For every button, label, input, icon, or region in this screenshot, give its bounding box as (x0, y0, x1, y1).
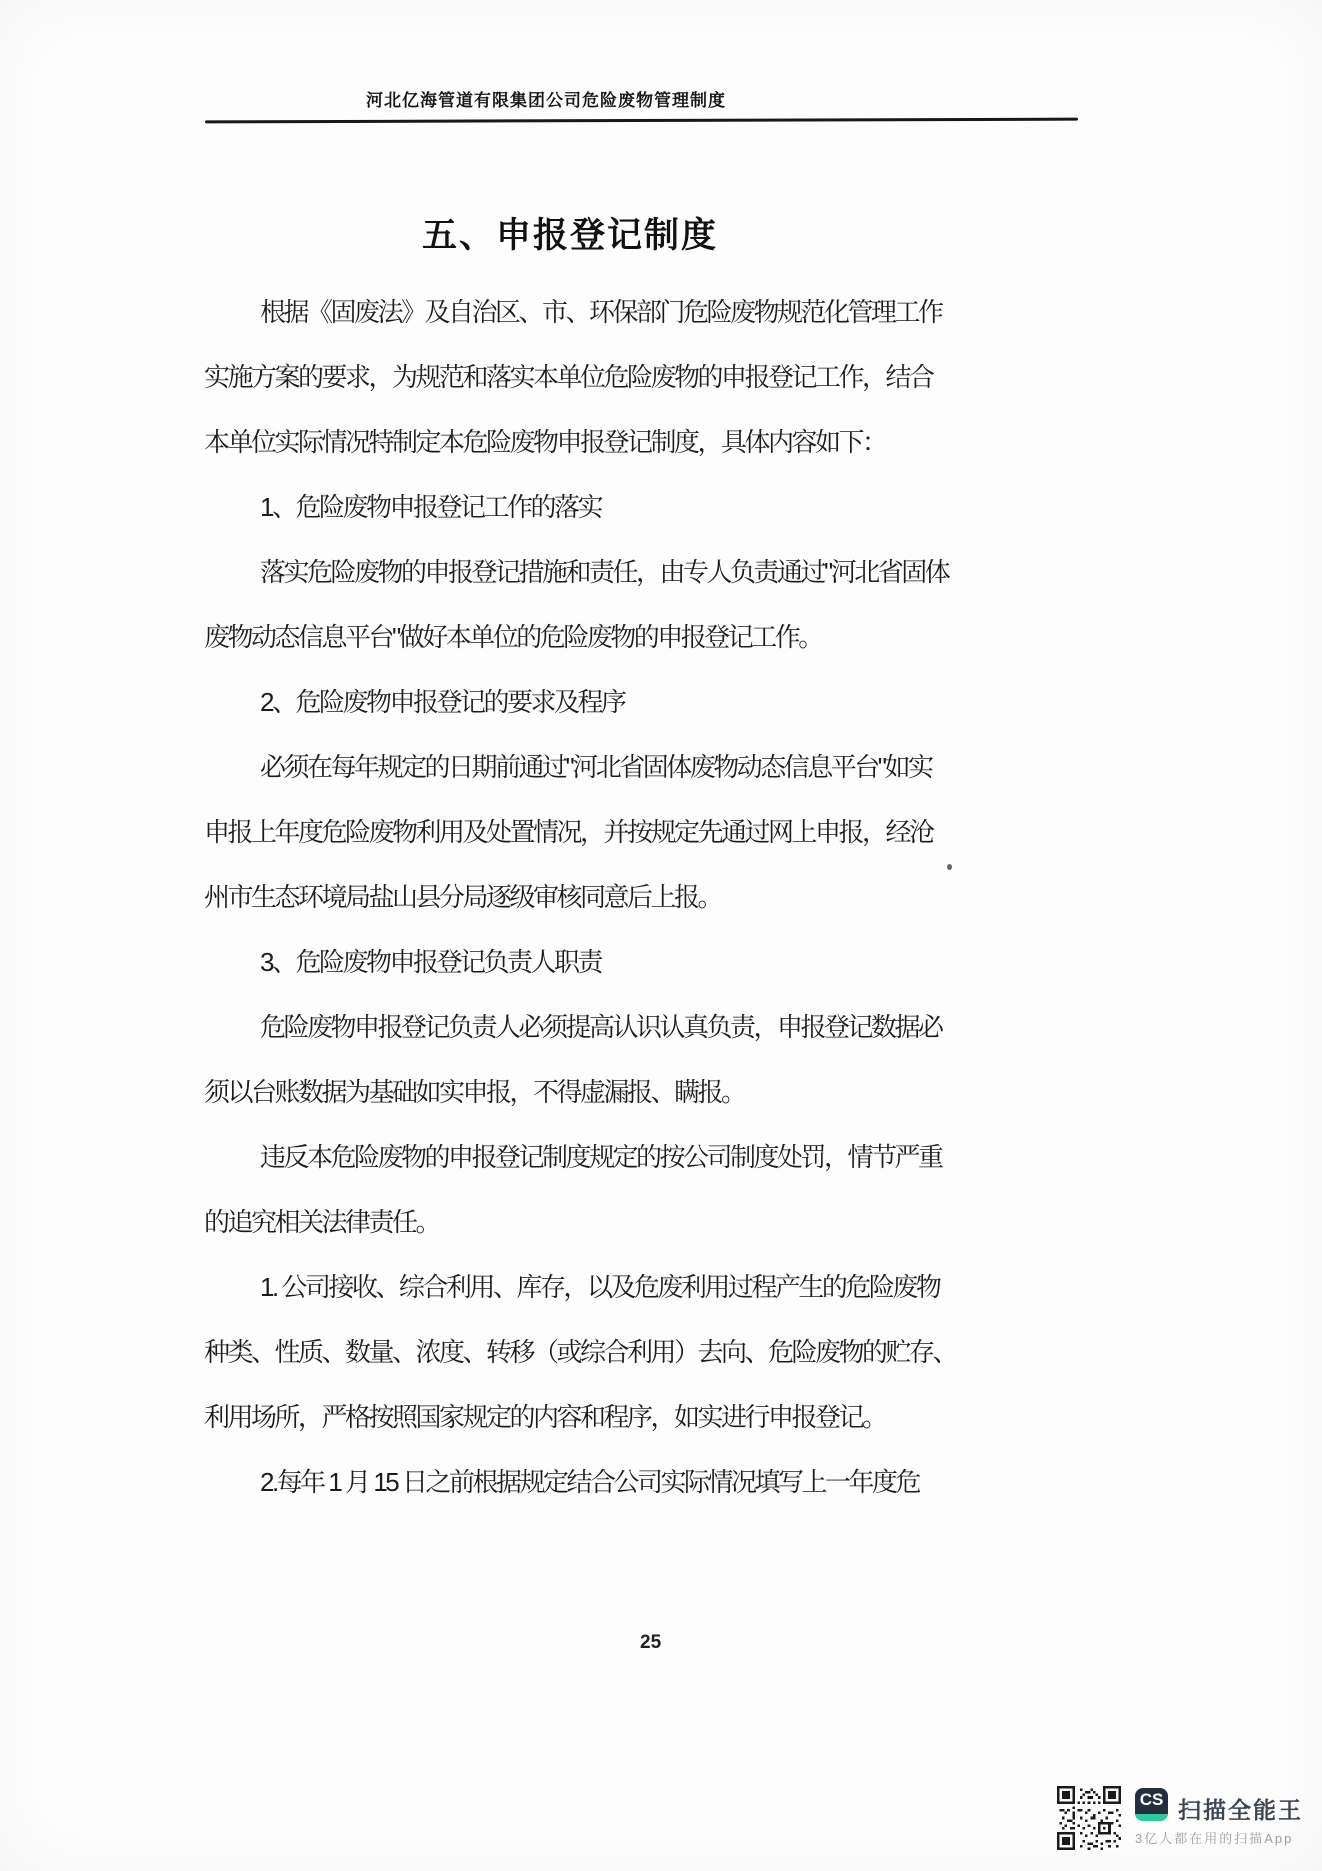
page-number: 25 (640, 1632, 661, 1654)
camscanner-tagline: 3亿人都在用的扫描App (1135, 1828, 1293, 1847)
document-page: 河北亿海管道有限集团公司危险废物管理制度 五、申报登记制度 根据《固废法》及自治… (0, 0, 1322, 1871)
header-rule (205, 118, 1078, 124)
body-line: 违反本危险废物的申报登记制度规定的按公司制度处罚，情节严重 (204, 1125, 949, 1190)
body-line: 的追究相关法律责任。 (204, 1190, 949, 1255)
scan-speck (947, 864, 952, 870)
body-line: 申报上年度危险废物利用及处置情况，并按规定先通过网上申报，经沧 (204, 800, 949, 865)
header-title: 河北亿海管道有限集团公司危险废物管理制度 (366, 86, 726, 111)
body-line: 2、危险废物申报登记的要求及程序 (204, 670, 949, 735)
body-line: 1. 公司接收、综合利用、库存，以及危废利用过程产生的危险废物 (204, 1255, 949, 1320)
document-body: 根据《固废法》及自治区、市、环保部门危险废物规范化管理工作 实施方案的要求，为规… (204, 280, 949, 1515)
body-line: 危险废物申报登记负责人必须提高认识认真负责，申报登记数据必 (204, 995, 949, 1060)
qr-code-icon (1057, 1786, 1121, 1850)
body-line: 2.每年 1 月 15 日之前根据规定结合公司实际情况填写上一年度危 (204, 1450, 949, 1515)
body-line: 废物动态信息平台"做好本单位的危险废物的申报登记工作。 (204, 605, 949, 670)
body-line: 落实危险废物的申报登记措施和责任，由专人负责通过"河北省固体 (204, 540, 949, 605)
body-line: 3、危险废物申报登记负责人职责 (204, 930, 949, 995)
camscanner-app-name: 扫描全能王 (1178, 1792, 1303, 1825)
camscanner-logo-icon: CS (1135, 1788, 1168, 1821)
body-line: 必须在每年规定的日期前通过"河北省固体废物动态信息平台"如实 (204, 735, 949, 800)
body-line: 实施方案的要求，为规范和落实本单位危险废物的申报登记工作，结合 (204, 345, 949, 410)
logo-accent-bar (1135, 1814, 1168, 1821)
body-line: 州市生态环境局盐山县分局逐级审核同意后上报。 (204, 865, 949, 930)
body-line: 种类、性质、数量、浓度、转移（或综合利用）去向、危险废物的贮存、 (204, 1320, 949, 1385)
body-line: 须以台账数据为基础如实申报，不得虚漏报、瞒报。 (204, 1060, 949, 1125)
logo-monogram: CS (1135, 1790, 1168, 1810)
document-title: 五、申报登记制度 (204, 208, 936, 258)
body-line: 1、危险废物申报登记工作的落实 (204, 475, 949, 540)
body-line: 根据《固废法》及自治区、市、环保部门危险废物规范化管理工作 (204, 280, 949, 345)
body-line: 本单位实际情况特制定本危险废物申报登记制度，具体内容如下： (204, 410, 949, 475)
body-line: 利用场所，严格按照国家规定的内容和程序，如实进行申报登记。 (204, 1385, 949, 1450)
